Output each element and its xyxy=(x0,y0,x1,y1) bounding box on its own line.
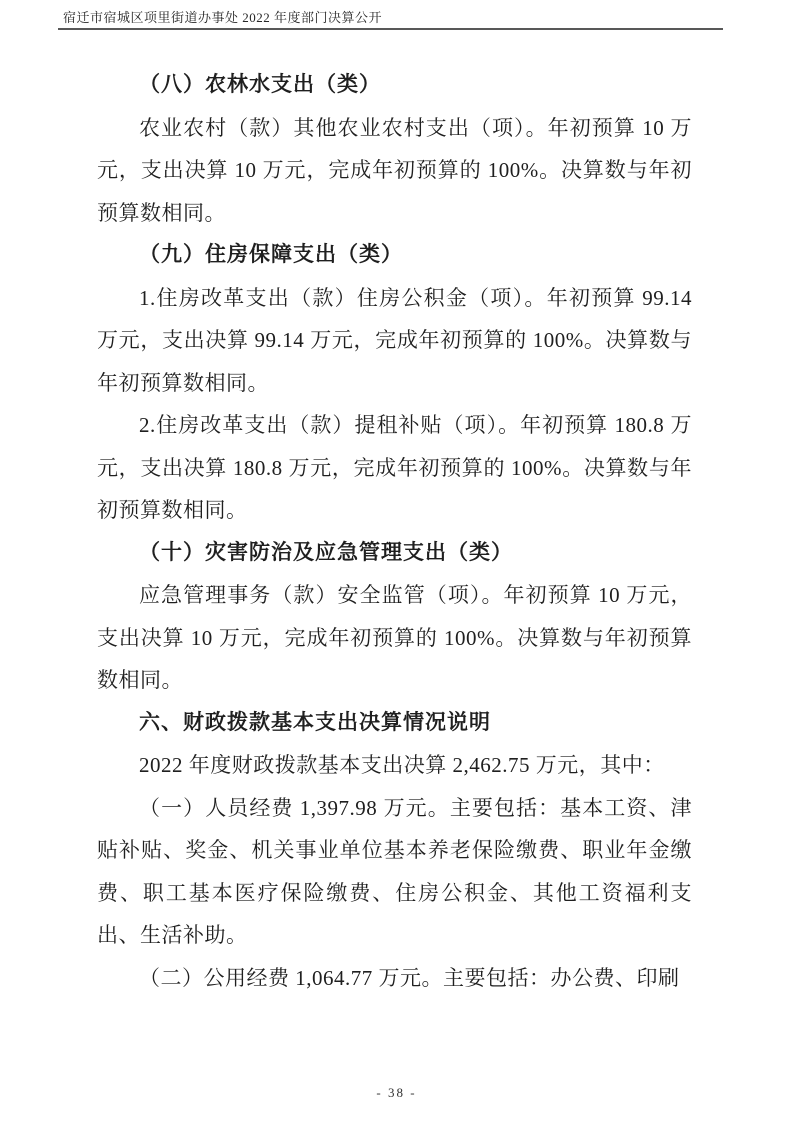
body-paragraph: （一）人员经费 1,397.98 万元。主要包括：基本工资、津贴补贴、奖金、机关… xyxy=(97,787,692,957)
section-heading: （八）农林水支出（类） xyxy=(97,64,692,107)
body-paragraph: 应急管理事务（款）安全监管（项）。年初预算 10 万元，支出决算 10 万元，完… xyxy=(97,574,692,702)
document-page: 宿迁市宿城区项里街道办事处 2022 年度部门决算公开 （八）农林水支出（类）农… xyxy=(0,0,793,1122)
section-heading: 六、财政拨款基本支出决算情况说明 xyxy=(97,702,692,745)
body-paragraph: （二）公用经费 1,064.77 万元。主要包括：办公费、印刷 xyxy=(97,957,692,1000)
body-paragraph: 2022 年度财政拨款基本支出决算 2,462.75 万元，其中： xyxy=(97,744,692,787)
body-paragraph: 农业农村（款）其他农业农村支出（项）。年初预算 10 万元，支出决算 10 万元… xyxy=(97,107,692,235)
document-content: （八）农林水支出（类）农业农村（款）其他农业农村支出（项）。年初预算 10 万元… xyxy=(97,64,692,999)
page-footer: - 38 - xyxy=(0,1084,793,1102)
header-title: 宿迁市宿城区项里街道办事处 2022 年度部门决算公开 xyxy=(63,9,723,26)
section-heading: （九）住房保障支出（类） xyxy=(97,234,692,277)
page-header: 宿迁市宿城区项里街道办事处 2022 年度部门决算公开 xyxy=(58,9,723,30)
page-number: - 38 - xyxy=(376,1085,416,1100)
body-paragraph: 1.住房改革支出（款）住房公积金（项）。年初预算 99.14 万元，支出决算 9… xyxy=(97,277,692,405)
body-paragraph: 2.住房改革支出（款）提租补贴（项）。年初预算 180.8 万元，支出决算 18… xyxy=(97,404,692,532)
section-heading: （十）灾害防治及应急管理支出（类） xyxy=(97,532,692,575)
header-rule xyxy=(58,28,723,30)
